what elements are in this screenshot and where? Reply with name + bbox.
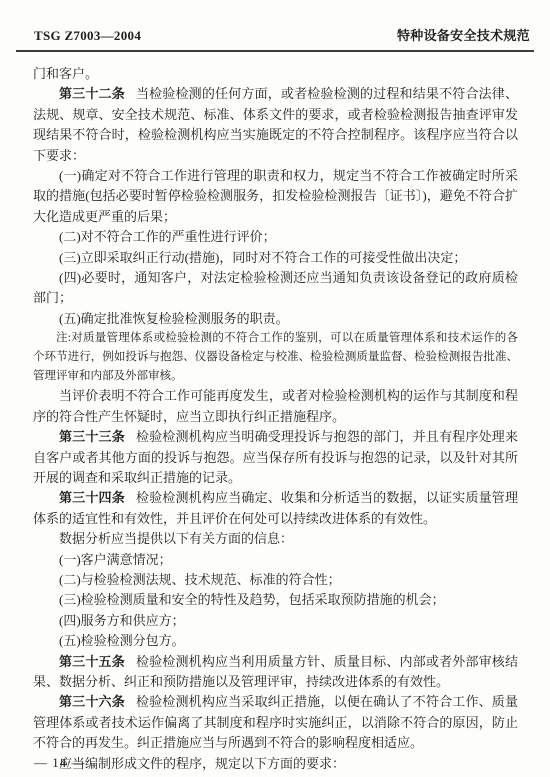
- article-number: 第三十五条: [59, 654, 125, 669]
- paragraph-text: (五)检验检测分包方。: [59, 633, 185, 648]
- article-number: 第三十三条: [59, 429, 125, 444]
- note-paragraph: 注:对质量管理体系或检验检测的不符合工作的鉴别，可以在质量管理体系和技术运作的各…: [33, 329, 518, 386]
- paragraph-text: 当评价表明不符合工作可能再度发生，或者对检验检测机构的运作与其制度和程序的符合性…: [33, 388, 518, 423]
- header-doc-title: 特种设备安全技术规范: [397, 25, 530, 44]
- paragraph-text: (三)立即采取纠正行动(措施)，同时对不符合工作的可接受性做出决定；: [59, 250, 466, 265]
- paragraph: 当评价表明不符合工作可能再度发生，或者对检验检测机构的运作与其制度和程序的符合性…: [33, 386, 518, 427]
- paragraph: (一)客户满意情况；: [33, 550, 518, 570]
- paragraph: 门和客户。: [33, 64, 518, 84]
- page-footer: — 14 —: [34, 755, 86, 771]
- paragraph: 应当编制形成文件的程序，规定以下方面的要求：: [33, 754, 518, 774]
- paragraph-text: 门和客户。: [33, 66, 98, 81]
- paragraph: 第三十三条检验检测机构应当明确受理投诉与抱怨的部门，并且有程序处理来自客户或者其…: [33, 427, 518, 488]
- article-number: 第三十六条: [59, 694, 125, 709]
- paragraph: (四)必要时，通知客户，对法定检验检测还应当通知负责该设备登记的政府质检部门；: [33, 268, 518, 309]
- paragraph-text: (四)服务方和供应方；: [59, 613, 185, 628]
- paragraph: 数据分析应当提供以下有关方面的信息：: [33, 529, 518, 549]
- paragraph: 第三十六条检验检测机构应当采取纠正措施，以便在确认了不符合工作、质量管理体系或者…: [33, 692, 518, 753]
- page-number: — 14 —: [34, 755, 86, 770]
- paragraph: (二)对不符合工作的严重性进行评价；: [33, 227, 518, 247]
- paragraph-text: 应当编制形成文件的程序，规定以下方面的要求：: [59, 756, 345, 771]
- paragraph-text: (五)确定批准恢复检验检测服务的职责。: [59, 311, 289, 326]
- paragraph: 第三十五条检验检测机构应当利用质量方针、质量目标、内部或者外部审核结果、数据分析…: [33, 652, 518, 693]
- paragraph: (三)检验检测质量和安全的特性及趋势，包括采取预防措施的机会；: [33, 590, 518, 610]
- article-number: 第三十二条: [59, 86, 125, 101]
- paragraph-text: (四)必要时，通知客户，对法定检验检测还应当通知负责该设备登记的政府质检部门；: [33, 270, 518, 305]
- paragraph: (五)确定批准恢复检验检测服务的职责。: [33, 309, 518, 329]
- paragraph: (一)确定对不符合工作进行管理的职责和权力，规定当不符合工作被确定时所采取的措施…: [33, 166, 518, 227]
- paragraph-text: (一)客户满意情况；: [59, 552, 172, 567]
- paragraph-text: 注:对质量管理体系或检验检测的不符合工作的鉴别，可以在质量管理体系和技术运作的各…: [33, 332, 518, 382]
- page-header: TSG Z7003—2004 特种设备安全技术规范: [16, 25, 534, 52]
- paragraph: (二)与检验检测法规、技术规范、标准的符合性；: [33, 570, 518, 590]
- paragraph: 第三十二条当检验检测的任何方面，或者检验检测的过程和结果不符合法律、法规、规章、…: [33, 84, 518, 166]
- paragraph-text: 数据分析应当提供以下有关方面的信息：: [59, 531, 293, 546]
- article-number: 第三十四条: [59, 490, 125, 505]
- header-doc-code: TSG Z7003—2004: [34, 28, 141, 44]
- paragraph-text: (三)检验检测质量和安全的特性及趋势，包括采取预防措施的机会；: [59, 592, 445, 607]
- paragraph: (三)立即采取纠正行动(措施)，同时对不符合工作的可接受性做出决定；: [33, 248, 518, 268]
- document-body: 门和客户。第三十二条当检验检测的任何方面，或者检验检测的过程和结果不符合法律、法…: [0, 52, 550, 774]
- paragraph: (四)服务方和供应方；: [33, 611, 518, 631]
- paragraph-text: (一)确定对不符合工作进行管理的职责和权力，规定当不符合工作被确定时所采取的措施…: [33, 168, 518, 224]
- paragraph-text: (二)对不符合工作的严重性进行评价；: [59, 229, 276, 244]
- paragraph: 第三十四条检验检测机构应当确定、收集和分析适当的数据，以证实质量管理体系的适宜性…: [33, 488, 518, 529]
- document-page: TSG Z7003—2004 特种设备安全技术规范 门和客户。第三十二条当检验检…: [0, 0, 550, 777]
- paragraph-text: (二)与检验检测法规、技术规范、标准的符合性；: [59, 572, 341, 587]
- paragraph: (五)检验检测分包方。: [33, 631, 518, 651]
